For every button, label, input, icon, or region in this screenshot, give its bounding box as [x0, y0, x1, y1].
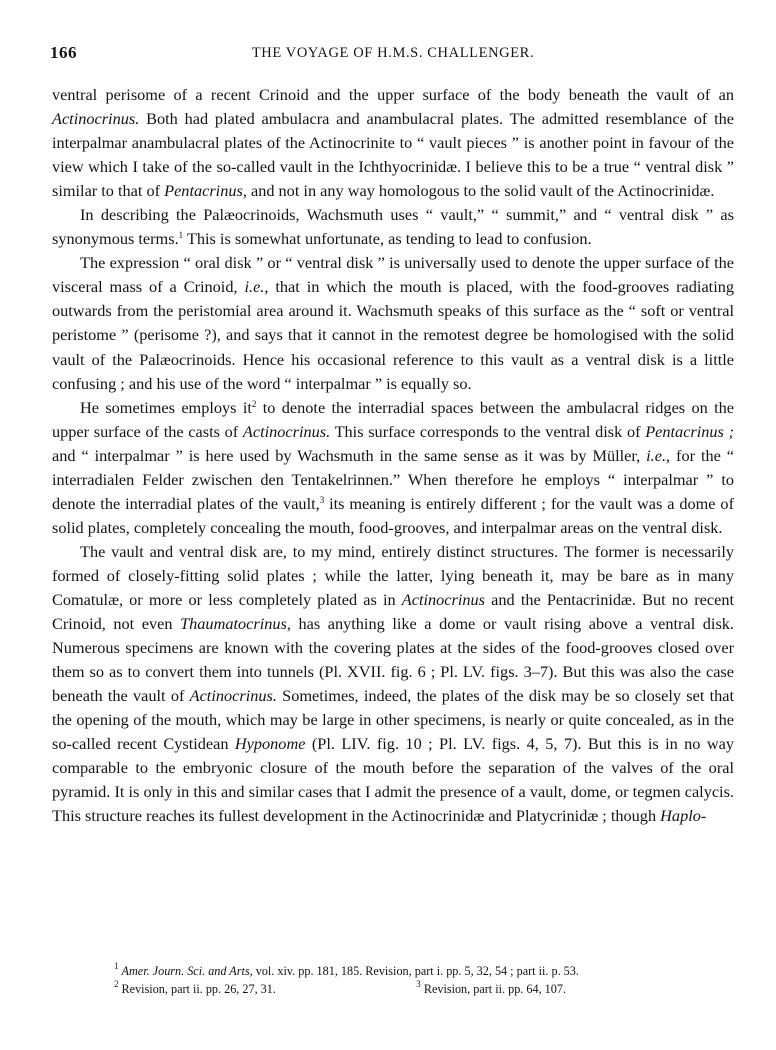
footnotes: 1 Amer. Journ. Sci. and Arts, vol. xiv. …: [114, 962, 674, 998]
footnote-text: , vol. xiv. pp. 181, 185. Revision, part…: [250, 964, 579, 978]
text-run: and “ interpalmar ” is here used by Wach…: [52, 446, 646, 465]
paragraph: The vault and ventral disk are, to my mi…: [52, 540, 734, 829]
italic-term: Actinocrinus.: [52, 109, 139, 128]
italic-term: Pentacrinus: [164, 181, 243, 200]
paragraph: He sometimes employs it2 to denote the i…: [52, 396, 734, 540]
text-run: ventral perisome of a recent Crinoid and…: [52, 85, 734, 104]
footnote-2: 2 Revision, part ii. pp. 26, 27, 31.: [114, 980, 276, 998]
italic-term: Haplo-: [660, 806, 706, 825]
text-run: He sometimes employs it: [80, 398, 252, 417]
paragraph: The expression “ oral disk ” or “ ventra…: [52, 251, 734, 395]
footnote-1: 1 Amer. Journ. Sci. and Arts, vol. xiv. …: [114, 962, 674, 980]
footnote-text: Revision, part ii. pp. 26, 27, 31.: [122, 982, 276, 996]
body-text: ventral perisome of a recent Crinoid and…: [52, 83, 734, 828]
footnote-text: Revision, part ii. pp. 64, 107.: [424, 982, 566, 996]
page-header: 166 THE VOYAGE OF H.M.S. CHALLENGER.: [50, 43, 736, 67]
footnote-marker: 1: [114, 961, 119, 971]
text-run: This surface corresponds to the ventral …: [330, 422, 645, 441]
text-run: This is somewhat unfortunate, as tending…: [183, 229, 591, 248]
running-title: THE VOYAGE OF H.M.S. CHALLENGER.: [50, 45, 736, 62]
footnote-source-title: Amer. Journ. Sci. and Arts: [122, 964, 250, 978]
paragraph: In describing the Palæocrinoids, Wachsmu…: [52, 203, 734, 251]
italic-term: Actinocrinus.: [243, 422, 330, 441]
italic-term: i.e.: [646, 446, 666, 465]
italic-term: Hyponome: [235, 734, 306, 753]
italic-term: i.e.: [244, 277, 264, 296]
footnote-marker: 2: [114, 979, 119, 989]
italic-term: Actinocrinus.: [190, 686, 277, 705]
italic-term: Thaumatocrinus: [180, 614, 287, 633]
footnote-marker: 3: [416, 979, 421, 989]
italic-term: Actinocrinus: [402, 590, 485, 609]
paragraph: ventral perisome of a recent Crinoid and…: [52, 83, 734, 203]
footnote-row-2: 2 Revision, part ii. pp. 26, 27, 31. 3 R…: [114, 980, 674, 998]
italic-term: Pentacrinus ;: [645, 422, 734, 441]
text-run: , and not in any way homologous to the s…: [243, 181, 715, 200]
footnote-3: 3 Revision, part ii. pp. 64, 107.: [416, 980, 566, 998]
